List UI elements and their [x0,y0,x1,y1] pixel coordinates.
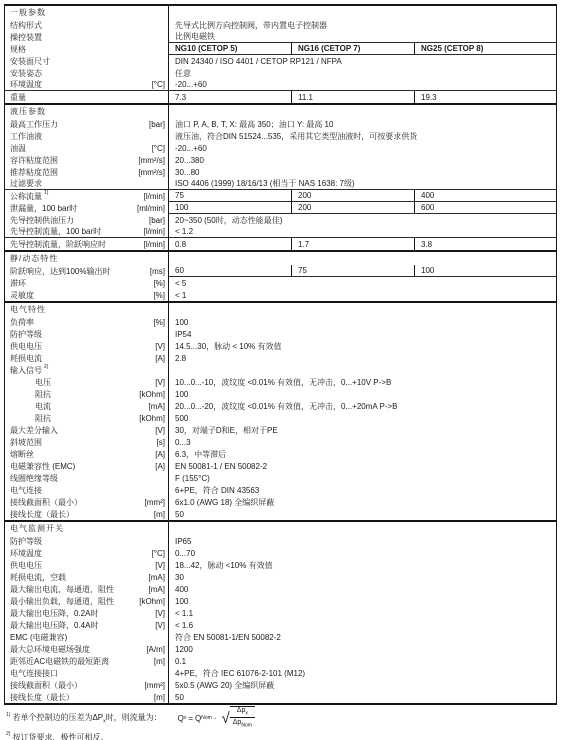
row-label-cell: 熔断丝[A] [5,448,169,460]
spec-row: 操控装置比例电磁铁 [5,31,556,43]
spec-row: 最大差分输入[V]30，对端子D和E，相对于PE [5,424,556,436]
row-label-cell: 最小输出负载，每通道，阻性[kOhm] [5,595,169,607]
row-value-area: IP65 [169,535,556,547]
value-cell [169,364,556,376]
row-label-cell: 先导控制流量，100 bar时[l/min] [5,226,169,237]
value-cell: 0.8 [169,238,291,250]
row-unit: [A/m] [146,645,168,654]
flow-rate-formula: Qx = QNom · √ Δpx ΔpNom [178,708,255,729]
row-label: 最大输出电压降，0.2A时 [10,608,98,619]
value-cell: IP54 [169,328,556,340]
section-title: 电气特性 [10,304,46,315]
row-label-cell: 最大输出电压降，0.2A时[V] [5,607,169,619]
spec-table: 一般参数结构形式先导式比例方向控制阀，带内置电子控制器操控装置比例电磁铁规格NG… [4,4,557,705]
sqrt-sign: √ [222,711,230,726]
row-unit: [%] [153,279,168,288]
row-unit: [A] [155,450,168,459]
row-label: 接线截面积（最小） [10,680,82,691]
row-unit: [V] [155,609,168,618]
row-value-area: 6.3，中等滞后 [169,448,556,460]
spec-row: 灵敏度[%]< 1 [5,289,556,301]
row-label-cell: 操控装置 [5,31,169,43]
fraction-denominator: ΔpNom [230,718,255,728]
value-cell: 200 [291,202,414,213]
row-unit: [bar] [149,216,168,225]
row-label-cell: 输入信号2) [5,364,169,376]
row-unit: [kOhm] [139,414,168,423]
value-cell: 100 [414,265,556,276]
row-unit: [bar] [149,120,168,129]
value-cell: 2.8 [169,352,556,364]
row-label-cell: 阻抗[kOhm] [5,388,169,400]
row-value-area: 50 [169,691,556,703]
row-label: 规格 [10,44,26,55]
row-label: 过滤要求 [10,178,42,189]
row-value-area: 0.1 [169,655,556,667]
row-label-cell: 阻抗[kOhm] [5,412,169,424]
value-cell: 200 [291,190,414,201]
section-header-row: 电气监测开关 [5,522,556,535]
footnote-1: 1) 若单个控制边的压差为ΔPx时，则流量为： Qx = QNom · √ Δp… [6,708,557,729]
section-title: 一般参数 [10,7,46,18]
row-value-area: IP54 [169,328,556,340]
value-cell: 10...0...-10，波纹度 <0.01% 有效值，无冲击，0...+10V… [169,376,556,388]
value-cell: 6x1.0 (AWG 18) 全编织屏蔽 [169,496,556,508]
spec-row: 电压[V]10...0...-10，波纹度 <0.01% 有效值，无冲击，0..… [5,376,556,388]
section-title-cell: 一般参数 [5,6,169,19]
row-label-cell: 环境温度[°C] [5,547,169,559]
value-cell: 1200 [169,643,556,655]
spec-row: 环境温度[°C]-20...+60 [5,79,556,91]
row-value-area: < 5 [169,277,556,289]
spec-row: 线圈绝缘等级F (155°C) [5,472,556,484]
value-cell: NG10 (CETOP 5) [169,43,291,54]
value-cell: 11.1 [291,91,414,103]
row-label-cell: 防护等级 [5,328,169,340]
row-label-cell: 电磁兼容性 (EMC)[A] [5,460,169,472]
row-label-cell: 泄漏量，100 bar时[ml/min] [5,202,169,214]
value-cell: DIN 24340 / ISO 4401 / CETOP RP121 / NFP… [169,55,556,67]
value-cell: 75 [169,190,291,201]
value-cell: 50 [169,508,556,520]
value-cell: 18...42，脉动 <10% 有效值 [169,559,556,571]
row-label-cell: 耗损电流[A] [5,352,169,364]
section-title: 电气监测开关 [10,523,64,534]
row-label-cell: 接线截面积（最小）[mm²] [5,496,169,508]
row-value-area: ISO 4406 (1999) 18/16/13 (相当于 NAS 1638: … [169,178,556,189]
section-header-value-area [169,105,556,118]
value-cell: 30...80 [169,166,556,178]
row-label: 耗损电流 [10,353,42,364]
row-label-cell: 灵敏度[%] [5,289,169,301]
pressure-ratio-fraction: Δpx ΔpNom [230,706,255,729]
value-cell: 油口 P, A, B, T, X: 最高 350；油口 Y: 最高 10 [169,118,556,130]
row-label-cell: 规格 [5,43,169,55]
row-value-area [169,364,556,376]
row-unit: [%] [153,291,168,300]
value-cell: IP65 [169,535,556,547]
row-label: 最高工作压力 [10,119,58,130]
row-label-cell: 负荷率[%] [5,316,169,328]
row-label: 推荐粘度范围 [10,167,58,178]
spec-row: 阶跃响应，达到100%输出时[ms]6075100 [5,265,556,277]
row-value-area: 100 [169,595,556,607]
row-unit: [mm²] [145,681,168,690]
row-label: 安装姿态 [10,68,42,79]
row-label-cell: 供电电压[V] [5,559,169,571]
value-cell: 6+PE，符合 DIN 43563 [169,484,556,496]
row-unit: [ms] [150,267,168,276]
row-unit: [°C] [152,549,168,558]
row-value-area: 1200 [169,643,556,655]
row-value-area: 20...380 [169,154,556,166]
row-label: 接线长度（最长） [10,692,74,703]
row-value-area: 任意 [169,67,556,79]
spec-row: 耗损电流，空载[mA]30 [5,571,556,583]
row-value-area: 0...70 [169,547,556,559]
row-label-cell: 接线长度（最长）[m] [5,691,169,703]
row-unit: [V] [155,426,168,435]
row-value-area: 油口 P, A, B, T, X: 最高 350；油口 Y: 最高 10 [169,118,556,130]
spec-row: 油温[°C]-20...+60 [5,142,556,154]
row-label-cell: 耗损电流，空载[mA] [5,571,169,583]
row-label-cell: 容许粘度范围[mm²/s] [5,154,169,166]
section-title-cell: 电气特性 [5,303,169,316]
value-cell: 液压油，符合DIN 51524...535，采用其它类型油液时，可按要求供货 [169,130,556,142]
row-unit: [A] [155,462,168,471]
row-label: 电流 [35,401,51,412]
row-label: 供电电压 [10,341,42,352]
row-unit: [kOhm] [139,390,168,399]
value-cell: 4+PE，符合 IEC 61076-2-101 (M12) [169,667,556,679]
value-cell: 100 [169,388,556,400]
row-label: EMC (电磁兼容) [10,632,67,643]
spec-row: 最大输出电流，每通道，阻性[mA]400 [5,583,556,595]
footnote-ref: 2) [44,364,48,370]
section-title: 静/动态特性 [10,253,58,264]
row-label-cell: 接线长度（最长）[m] [5,508,169,520]
spec-row: 供电电压[V]18...42，脉动 <10% 有效值 [5,559,556,571]
row-label: 斜坡范围 [10,437,42,448]
value-cell: 7.3 [169,91,291,103]
row-label: 电气连接 [10,485,42,496]
footnote-1-marker: 1) [6,712,10,718]
row-label: 阶跃响应，达到100%输出时 [10,266,110,277]
value-cell: 600 [414,202,556,213]
footnote-2-text: 按订货要求，极性可相反。 [12,732,108,740]
spec-row: 电气连接6+PE，符合 DIN 43563 [5,484,556,496]
spec-row: 电磁兼容性 (EMC)[A]EN 50081-1 / EN 50082-2 [5,460,556,472]
value-cell: 6.3，中等滞后 [169,448,556,460]
spec-row: 供电电压[V]14.5...30，脉动 < 10% 有效值 [5,340,556,352]
section-monitoring-switch: 电气监测开关防护等级IP65环境温度[°C]0...70供电电压[V]18...… [5,522,556,703]
value-cell: ISO 4406 (1999) 18/16/13 (相当于 NAS 1638: … [169,178,556,189]
row-label-cell: 最大总环境电磁场强度[A/m] [5,643,169,655]
row-label-cell: 斜坡范围[s] [5,436,169,448]
row-unit: [V] [155,342,168,351]
value-cell: < 5 [169,277,556,289]
row-value-area: 6+PE，符合 DIN 43563 [169,484,556,496]
spec-row: 环境温度[°C]0...70 [5,547,556,559]
spec-row: 滞环[%]< 5 [5,277,556,289]
row-label: 接线截面积（最小） [10,497,82,508]
row-label-cell: 线圈绝缘等级 [5,472,169,484]
row-value-area: 6075100 [169,265,556,277]
value-cell: 60 [169,265,291,276]
row-label: 公称流量 [10,191,42,202]
row-unit: [°C] [152,80,168,89]
value-cell: 先导式比例方向控制阀，带内置电子控制器 [169,19,556,31]
row-label: 供电电压 [10,560,42,571]
value-cell: 比例电磁铁 [169,31,556,42]
spec-row: 公称流量1)[l/min]75200400 [5,190,556,202]
section-title: 液压参数 [10,106,46,117]
spec-row: 重量7.311.119.3 [5,91,556,103]
section-header-value-area [169,252,556,265]
row-label-cell: 推荐粘度范围[mm²/s] [5,166,169,178]
section-general-params: 一般参数结构形式先导式比例方向控制阀，带内置电子控制器操控装置比例电磁铁规格NG… [5,6,556,105]
row-value-area: 14.5...30，脉动 < 10% 有效值 [169,340,556,352]
spec-row: 耗损电流[A]2.8 [5,352,556,364]
section-title-cell: 电气监测开关 [5,522,169,535]
value-cell: 20...0...-20，波纹度 <0.01% 有效值，无冲击，0...+20m… [169,400,556,412]
row-unit: [°C] [152,144,168,153]
value-cell: 50 [169,691,556,703]
row-unit: [A] [155,354,168,363]
fraction-numerator: Δpx [230,707,255,718]
value-cell: 400 [169,583,556,595]
section-static-dynamic: 静/动态特性阶跃响应，达到100%输出时[ms]6075100滞环[%]< 5灵… [5,252,556,303]
section-header-row: 液压参数 [5,105,556,118]
section-header-row: 一般参数 [5,6,556,19]
row-label-cell: 工作油液 [5,130,169,142]
row-label: 最大输出电压降，0.4A时 [10,620,98,631]
row-label: 滞环 [10,278,26,289]
row-label: 最大总环境电磁场强度 [10,644,90,655]
section-hydraulic-params: 液压参数最高工作压力[bar]油口 P, A, B, T, X: 最高 350；… [5,105,556,252]
row-label: 操控装置 [10,32,42,43]
row-value-area: 500 [169,412,556,424]
row-label-cell: 电压[V] [5,376,169,388]
spec-row: 先导控制流量，100 bar时[l/min]< 1.2 [5,226,556,238]
multiply-sign: · [214,714,217,723]
row-label: 先导控制供油压力 [10,215,74,226]
section-title-cell: 静/动态特性 [5,252,169,265]
row-label-cell: 防护等级 [5,535,169,547]
row-label-cell: 电气连接接口 [5,667,169,679]
footnote-2: 2) 按订货要求，极性可相反。 [6,732,557,740]
value-cell: 30，对端子D和E，相对于PE [169,424,556,436]
value-cell: 30 [169,571,556,583]
section-header-value-area [169,303,556,316]
section-header-row: 静/动态特性 [5,252,556,265]
spec-row: 泄漏量，100 bar时[ml/min]100200600 [5,202,556,214]
row-value-area: DIN 24340 / ISO 4401 / CETOP RP121 / NFP… [169,55,556,67]
spec-row: 安装面尺寸DIN 24340 / ISO 4401 / CETOP RP121 … [5,55,556,67]
footnote-2-marker: 2) [6,731,10,737]
row-value-area: 液压油，符合DIN 51524...535，采用其它类型油液时，可按要求供货 [169,130,556,142]
row-label: 环境温度 [10,79,42,90]
section-electrical: 电气特性负荷率[%]100防护等级IP54供电电压[V]14.5...30，脉动… [5,303,556,522]
row-label-cell: 重量 [5,91,169,103]
row-label: 环境温度 [10,548,42,559]
row-unit: [m] [154,510,168,519]
row-label-cell: 结构形式 [5,19,169,31]
row-label-cell: 安装面尺寸 [5,55,169,67]
row-label: 熔断丝 [10,449,34,460]
section-title-cell: 液压参数 [5,105,169,118]
row-label: 安装面尺寸 [10,56,50,67]
row-label: 负荷率 [10,317,34,328]
row-value-area: 6x1.0 (AWG 18) 全编织屏蔽 [169,496,556,508]
row-value-area: 50 [169,508,556,520]
footnote-1-text: 若单个控制边的压差为ΔPx时，则流量为： [12,712,161,725]
value-cell: EN 50081-1 / EN 50082-2 [169,460,556,472]
row-label: 电气连接接口 [10,668,58,679]
spec-row: 电流[mA]20...0...-20，波纹度 <0.01% 有效值，无冲击，0.… [5,400,556,412]
spec-row: 安装姿态任意 [5,67,556,79]
value-cell: 500 [169,412,556,424]
spec-row: 阻抗[kOhm]100 [5,388,556,400]
row-label-cell: 过滤要求 [5,178,169,189]
value-cell: 100 [169,595,556,607]
row-label: 距邻近AC电磁铁的最短距离 [10,656,109,667]
value-cell: NG16 (CETOP 7) [291,43,414,54]
row-value-area: 100 [169,388,556,400]
footnote-ref: 1) [44,190,48,196]
section-header-value-area [169,6,556,19]
row-label: 电磁兼容性 (EMC) [10,461,75,472]
spec-row: 接线截面积（最小）[mm²]6x1.0 (AWG 18) 全编织屏蔽 [5,496,556,508]
value-cell: 3.8 [414,238,556,250]
value-cell: 0...70 [169,547,556,559]
row-label: 结构形式 [10,20,42,31]
row-unit: [m] [154,693,168,702]
spec-row: 防护等级IP54 [5,328,556,340]
value-cell: NG25 (CETOP 8) [414,43,556,54]
row-unit: [mm²/s] [138,168,168,177]
row-value-area: 400 [169,583,556,595]
spec-row: 先导控制供油压力[bar]20~350 (50时，动态性能最佳) [5,214,556,226]
value-cell: 符合 EN 50081-1/EN 50082-2 [169,631,556,643]
row-label-cell: 电流[mA] [5,400,169,412]
row-label: 线圈绝缘等级 [10,473,58,484]
row-value-area: 4+PE，符合 IEC 61076-2-101 (M12) [169,667,556,679]
row-value-area: 30 [169,571,556,583]
row-value-area: NG10 (CETOP 5)NG16 (CETOP 7)NG25 (CETOP … [169,43,556,55]
row-label: 耗损电流，空载 [10,572,66,583]
row-label: 泄漏量，100 bar时 [10,203,77,214]
section-header-row: 电气特性 [5,303,556,316]
row-value-area: 0...3 [169,436,556,448]
value-cell: 5x0.5 (AWG 20) 全编织屏蔽 [169,679,556,691]
value-cell: -20...+60 [169,79,556,90]
row-label: 阻抗 [35,413,51,424]
row-value-area: 比例电磁铁 [169,31,556,43]
row-label-cell: EMC (电磁兼容) [5,631,169,643]
row-value-area: 75200400 [169,190,556,202]
row-value-area: 20...0...-20，波纹度 <0.01% 有效值，无冲击，0...+20m… [169,400,556,412]
row-value-area: 30，对端子D和E，相对于PE [169,424,556,436]
row-label-cell: 电气连接 [5,484,169,496]
row-label-cell: 距邻近AC电磁铁的最短距离[m] [5,655,169,667]
row-label-cell: 最大输出电流，每通道，阻性[mA] [5,583,169,595]
row-label: 接线长度（最长） [10,509,74,520]
row-unit: [mA] [149,573,168,582]
value-cell: 100 [169,316,556,328]
row-label-cell: 安装姿态 [5,67,169,79]
row-unit: [mA] [149,585,168,594]
row-label: 防护等级 [10,329,42,340]
row-unit: [%] [153,318,168,327]
row-label: 最大差分输入 [10,425,58,436]
row-value-area: 符合 EN 50081-1/EN 50082-2 [169,631,556,643]
spec-row: 最小输出负载，每通道，阻性[kOhm]100 [5,595,556,607]
spec-row: EMC (电磁兼容)符合 EN 50081-1/EN 50082-2 [5,631,556,643]
row-label: 工作油液 [10,131,42,142]
row-label: 电压 [35,377,51,388]
row-value-area: 18...42，脉动 <10% 有效值 [169,559,556,571]
row-value-area: 先导式比例方向控制阀，带内置电子控制器 [169,19,556,31]
row-label-cell: 接线截面积（最小）[mm²] [5,679,169,691]
row-value-area: 100200600 [169,202,556,214]
row-label: 最大输出电流，每通道，阻性 [10,584,114,595]
value-cell: 1.7 [291,238,414,250]
row-value-area: 10...0...-10，波纹度 <0.01% 有效值，无冲击，0...+10V… [169,376,556,388]
spec-row: 接线长度（最长）[m]50 [5,691,556,703]
row-unit: [l/min] [144,227,168,236]
value-cell: 14.5...30，脉动 < 10% 有效值 [169,340,556,352]
row-value-area: 20~350 (50时，动态性能最佳) [169,214,556,226]
row-unit: [s] [157,438,168,447]
row-unit: [l/min] [144,192,168,201]
row-value-area: -20...+60 [169,79,556,90]
spec-row: 最大输出电压降，0.4A时[V]< 1.6 [5,619,556,631]
spec-row: 先导控制流量，阶跃响应时[l/min]0.81.73.8 [5,238,556,250]
section-header-value-area [169,522,556,535]
row-unit: [mm²/s] [138,156,168,165]
row-unit: [ml/min] [137,204,168,213]
row-label: 防护等级 [10,536,42,547]
row-label-cell: 环境温度[°C] [5,79,169,90]
spec-row: 接线长度（最长）[m]50 [5,508,556,520]
footnotes: 1) 若单个控制边的压差为ΔPx时，则流量为： Qx = QNom · √ Δp… [6,708,557,740]
row-value-area: F (155°C) [169,472,556,484]
row-label-cell: 阶跃响应，达到100%输出时[ms] [5,265,169,277]
row-unit: [l/min] [144,240,168,249]
spec-row: 规格NG10 (CETOP 5)NG16 (CETOP 7)NG25 (CETO… [5,43,556,55]
spec-row: 结构形式先导式比例方向控制阀，带内置电子控制器 [5,19,556,31]
row-value-area: 7.311.119.3 [169,91,556,103]
equals-sign: = [188,714,193,723]
row-unit: [kOhm] [139,597,168,606]
spec-row: 接线截面积（最小）[mm²]5x0.5 (AWG 20) 全编织屏蔽 [5,679,556,691]
row-unit: [mm²] [145,498,168,507]
spec-row: 最高工作压力[bar]油口 P, A, B, T, X: 最高 350；油口 Y… [5,118,556,130]
row-value-area: < 1.2 [169,226,556,237]
row-label: 重量 [10,92,26,103]
row-label: 阻抗 [35,389,51,400]
row-unit: [mA] [149,402,168,411]
value-cell: 任意 [169,67,556,79]
spec-row: 工作油液液压油，符合DIN 51524...535，采用其它类型油液时，可按要求… [5,130,556,142]
spec-row: 过滤要求ISO 4406 (1999) 18/16/13 (相当于 NAS 16… [5,178,556,190]
value-cell: 75 [291,265,414,276]
spec-row: 负荷率[%]100 [5,316,556,328]
row-unit: [V] [155,621,168,630]
spec-row: 熔断丝[A]6.3，中等滞后 [5,448,556,460]
row-label-cell: 滞环[%] [5,277,169,289]
